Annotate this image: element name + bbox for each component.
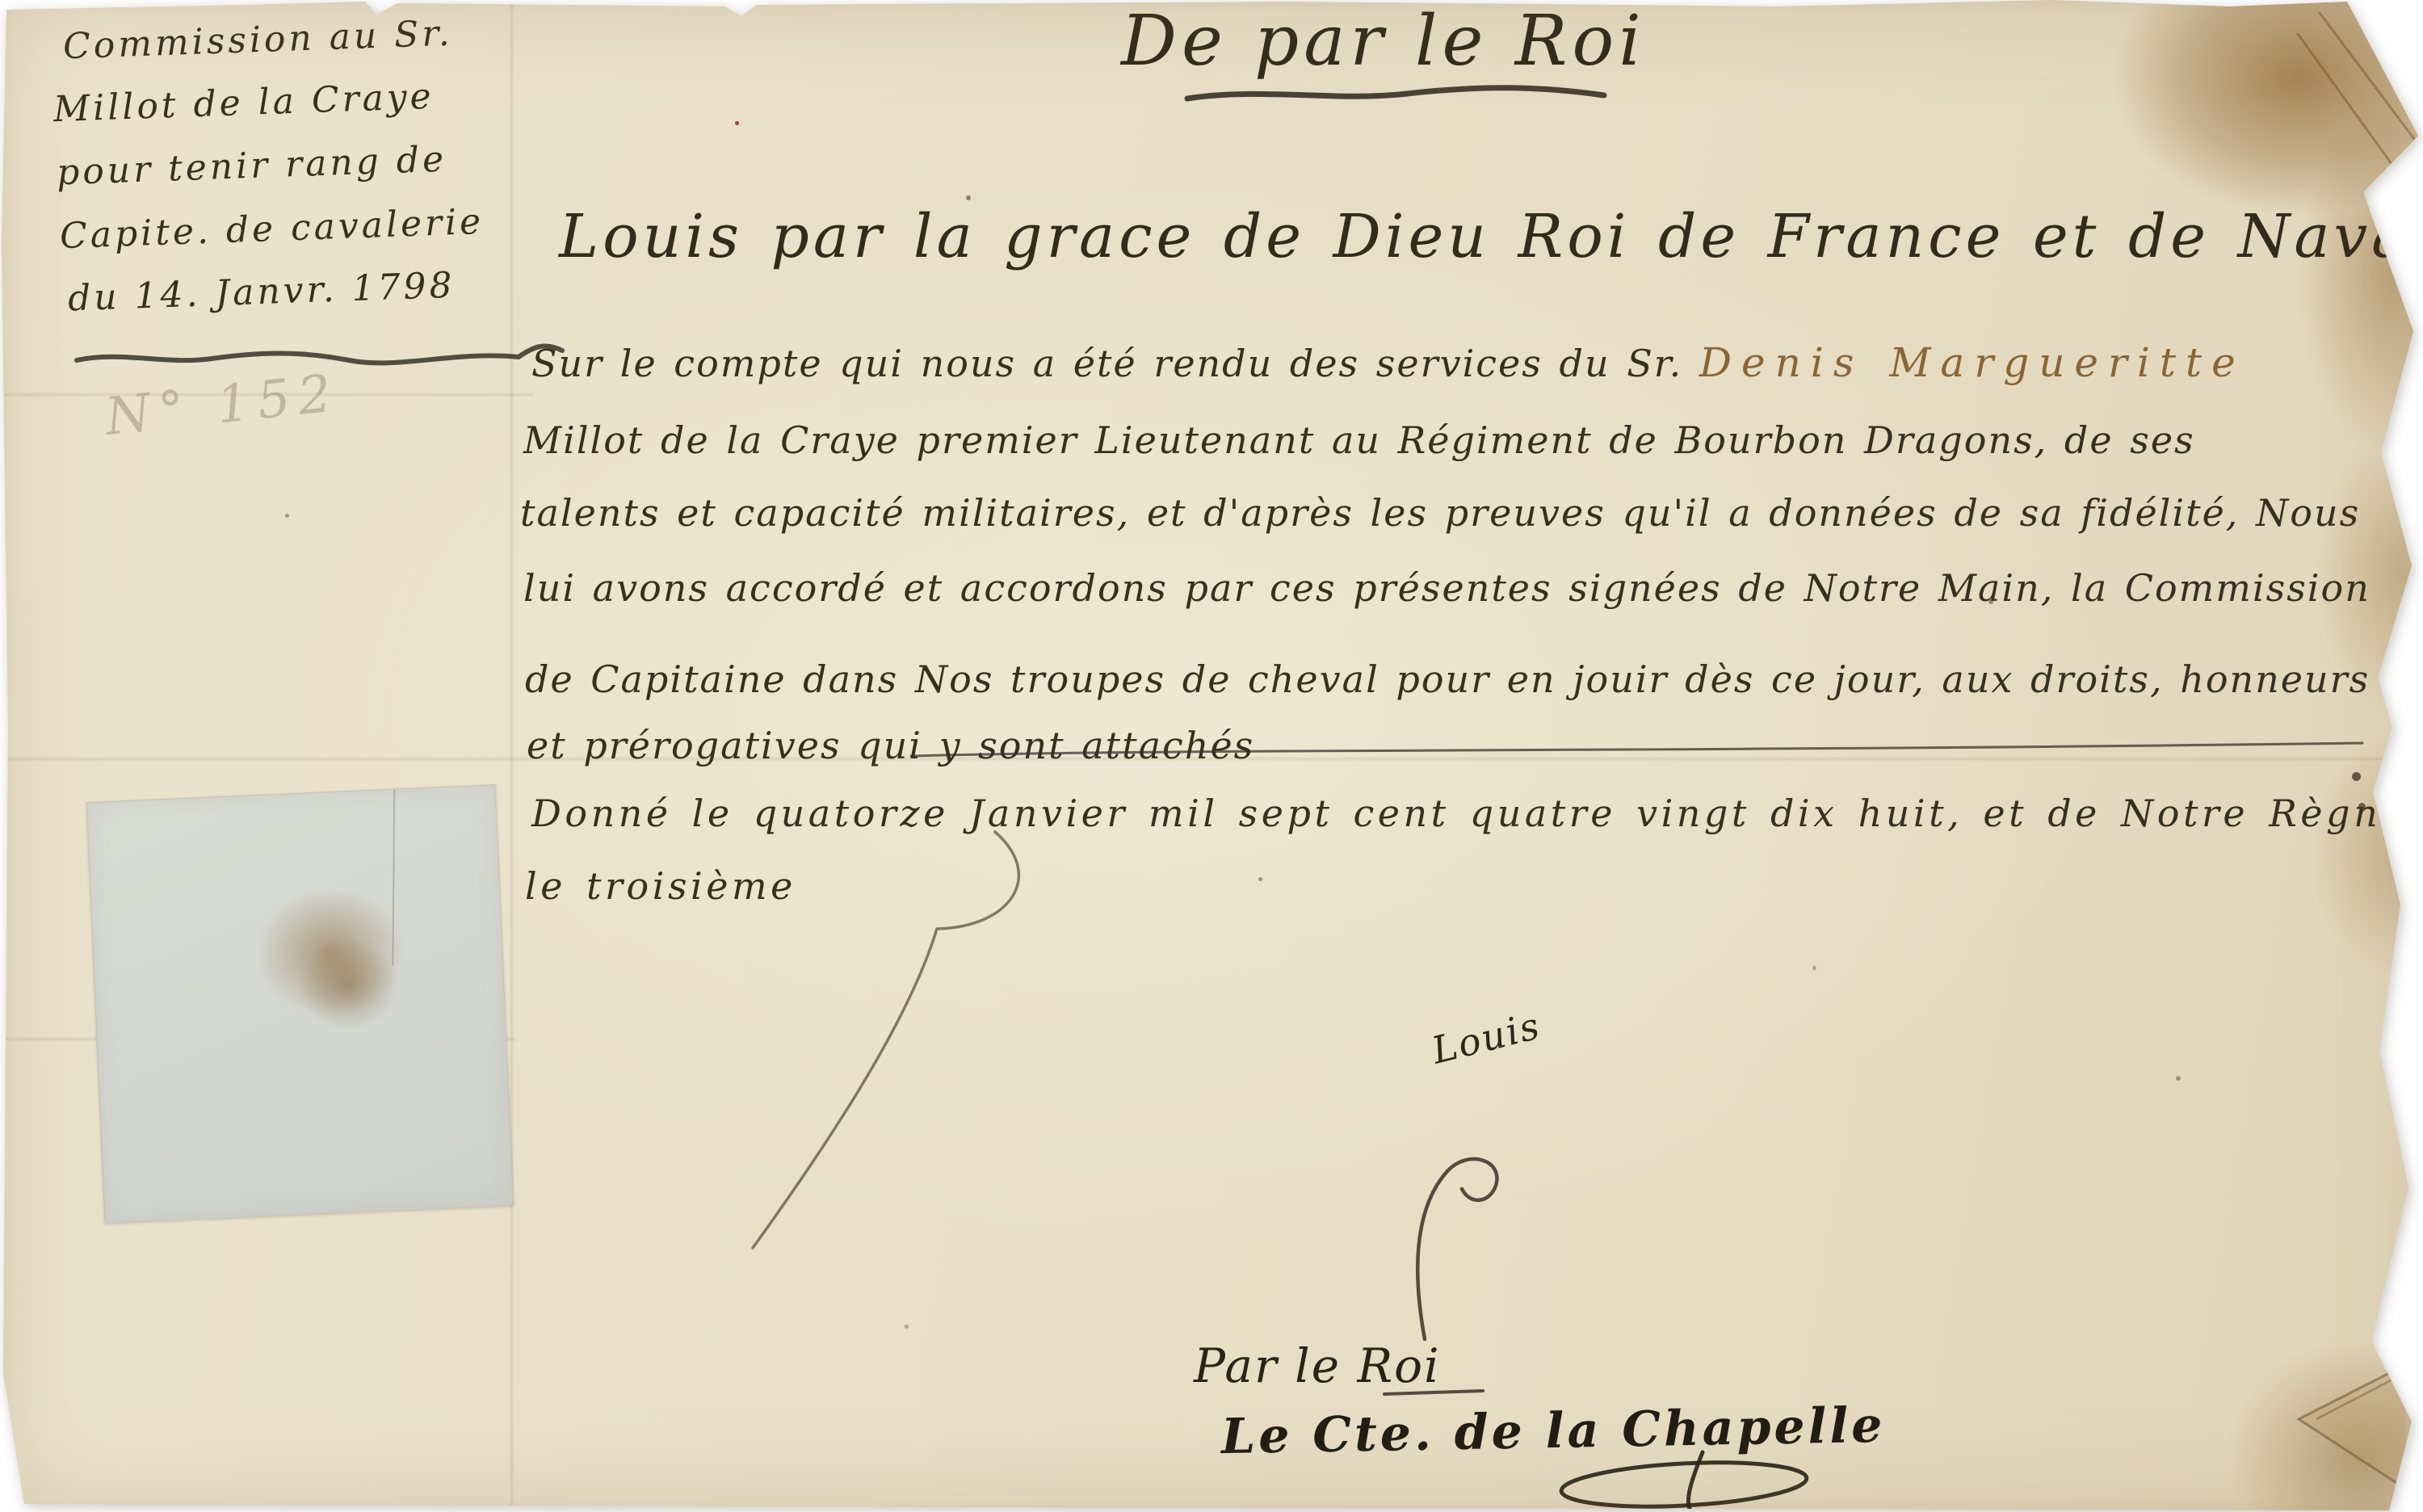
ink-speck	[966, 195, 971, 200]
date-line-2: le troisième	[525, 867, 796, 905]
paper-sheet: Commission au Sr. Millot de la Craye pou…	[0, 0, 2423, 1512]
body-line-5: de Capitaine dans Nos troupes de cheval …	[525, 661, 2370, 698]
top-right-fold-crease	[2298, 34, 2400, 176]
patch-crease	[392, 790, 395, 966]
ink-speck	[285, 514, 289, 518]
body-line-2: Millot de la Craye premier Lieutenant au…	[523, 422, 2195, 459]
countersignature-descender	[1688, 1452, 1703, 1512]
body-line-1-text: Sur le compte qui nous a été rendu des s…	[531, 342, 1682, 385]
margin-note-underline-flourish	[77, 346, 562, 363]
countersignature-oval-flourish	[1560, 1457, 1808, 1512]
ink-speck	[1988, 599, 1993, 604]
header-underline-flourish	[1187, 88, 1604, 99]
red-speck	[735, 121, 739, 125]
paraph-curl	[1417, 1159, 1497, 1339]
margin-note-line: pour tenir rang de	[56, 142, 447, 191]
body-line-1: Sur le compte qui nous a été rendu des s…	[531, 342, 2245, 383]
ink-speck	[1258, 877, 1262, 881]
top-right-fold-crease	[2320, 13, 2417, 142]
recipient-name: Denis Margueritte	[1699, 339, 2245, 386]
body-line-6: et prérogatives qui y sont attachés	[527, 727, 1254, 764]
archive-number-pencil: N° 152	[103, 367, 342, 443]
margin-note-line: Millot de la Craye	[52, 79, 435, 128]
margin-note-line: Capite. de cavalerie	[59, 204, 484, 254]
margin-note-line: du 14. Janvr. 1798	[67, 268, 456, 317]
bottom-right-fold-mark	[2299, 1365, 2405, 1489]
body-line-4: lui avons accordé et accordons par ces p…	[523, 569, 2371, 607]
document-scan: Commission au Sr. Millot de la Craye pou…	[0, 0, 2423, 1512]
countersign-intro: Par le Roi	[1194, 1342, 1441, 1389]
worm-hole	[2352, 772, 2361, 781]
ink-speck	[2176, 1076, 2181, 1081]
margin-note-line: Commission au Sr.	[62, 16, 453, 65]
date-line-1: Donné le quatorze Janvier mil sept cent …	[531, 795, 2407, 832]
worm-hole	[2358, 803, 2366, 810]
countersignature-la-chapelle: Le Cte. de la Chapelle	[1221, 1401, 1886, 1461]
paper-shadow: Commission au Sr. Millot de la Craye pou…	[0, 0, 2423, 1512]
header-de-par-le-roi: De par le Roi	[1121, 6, 1646, 76]
ink-speck	[1812, 966, 1816, 970]
fold-line-vertical	[510, 0, 513, 1512]
body-line-3: talents et capacité militaires, et d'apr…	[520, 494, 2360, 531]
royal-intitulation-line: Louis par la grace de Dieu Roi de France…	[559, 207, 2423, 267]
bottom-right-fold-crease	[2316, 1378, 2396, 1419]
seal-cover-patch	[86, 784, 514, 1224]
royal-signature-louis: Louis	[1428, 1006, 1543, 1069]
ink-speck	[905, 1325, 909, 1329]
